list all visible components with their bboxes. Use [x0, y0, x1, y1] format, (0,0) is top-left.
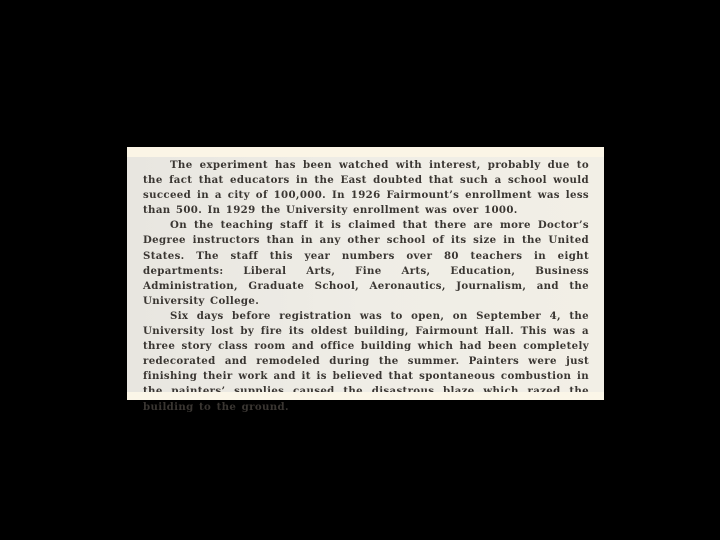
page-top-edge — [127, 147, 604, 157]
scanned-page: The experiment has been watched with int… — [127, 147, 604, 400]
body-text: The experiment has been watched with int… — [143, 158, 589, 415]
paragraph-teaching-staff: On the teaching staff it is claimed that… — [143, 218, 589, 309]
page-bottom-edge — [127, 392, 604, 400]
paragraph-enrollment: The experiment has been watched with int… — [143, 158, 589, 218]
